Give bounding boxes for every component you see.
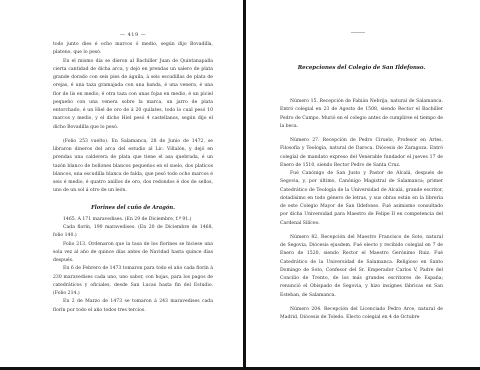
section-heading: Florines del cuño de Aragón. — [53, 204, 213, 212]
paragraph: Fué Canónigo de San Justo y Pastor de Al… — [280, 170, 443, 228]
section-heading: Recepciones del Colegio de San Ildefonso… — [280, 65, 443, 71]
faint-folio-mark — [351, 32, 365, 33]
paragraph: Folio 213. Ordenaron que la tasa de los … — [53, 241, 213, 266]
paragraph: En 2 de Marzo de 1473 se tomaron á 243 m… — [53, 298, 213, 315]
paragraph: Número 15. Recepción de Fabián Nebrija, … — [280, 98, 443, 131]
paragraph: Número 204. Recepción del Licenciado Ped… — [280, 306, 443, 323]
left-text-column: todo junto dies é ocho marcos ó medio, s… — [53, 41, 213, 315]
paragraph: (Folio 253 vuelto). En Salamanca, 28 de … — [53, 138, 213, 196]
paragraph: todo junto dies é ocho marcos ó medio, s… — [53, 41, 213, 58]
right-text-column: Número 15. Recepción de Fabián Nebrija, … — [280, 98, 443, 322]
paragraph: Número 27. Recepción de Pedro Ciruelo, P… — [280, 137, 443, 170]
left-page: — 419 — todo junto dies é ocho marcos ó … — [0, 0, 243, 367]
page-number: — 419 — — [120, 32, 146, 38]
paragraph: Cada florín, 190 maravedises. (En 20 de … — [53, 224, 213, 241]
right-page: Recepciones del Colegio de San Ildefonso… — [246, 0, 480, 367]
paragraph: Número 82. Recepción del Maestro Francis… — [280, 234, 443, 300]
paragraph: 1465. A 171 maravedises. (En 29 de Dicie… — [53, 216, 213, 224]
paragraph: En el mismo dia se dieron al Bachiller J… — [53, 58, 213, 132]
paragraph: En 6 de Febrero de 1473 tomaron para tod… — [53, 265, 213, 298]
